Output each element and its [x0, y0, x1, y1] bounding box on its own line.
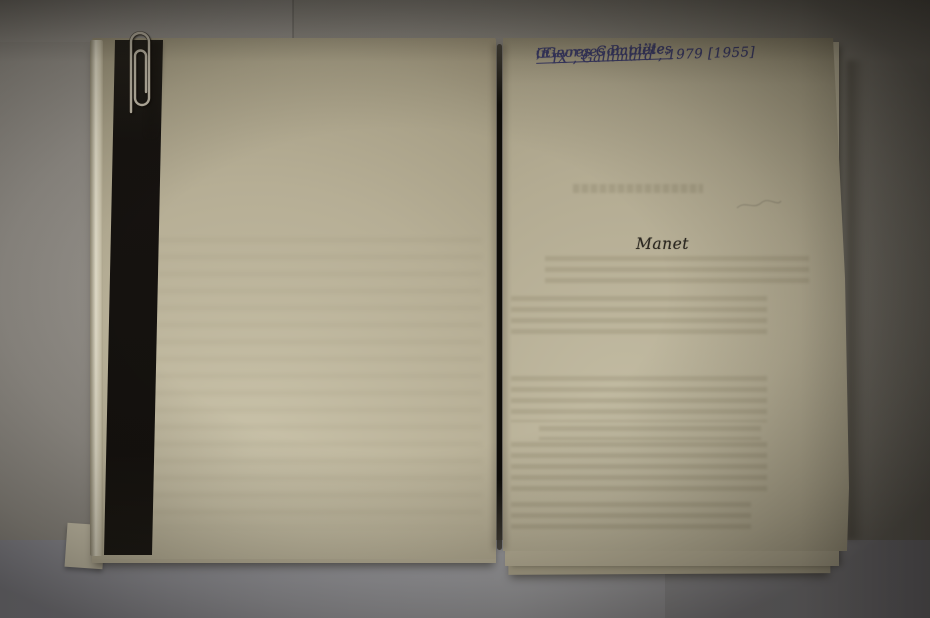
ghost-paragraph — [511, 442, 767, 496]
printed-title: Manet — [636, 235, 689, 253]
ghost-paragraph — [511, 502, 751, 532]
ghost-paragraph — [539, 426, 761, 440]
ghost-paragraph — [511, 296, 767, 340]
showthrough-texture — [152, 238, 482, 528]
ghost-paragraph — [511, 376, 767, 422]
paperclip-icon — [120, 24, 160, 116]
ghost-heading — [573, 184, 703, 193]
right-page-stack: in Œuvres Complètes , Georges Bataille, … — [501, 36, 853, 576]
page-edge-strip — [90, 40, 103, 556]
right-page: in Œuvres Complètes , Georges Bataille, … — [503, 38, 849, 551]
citation-line2: IX , Gallimard , 1979 [1955] — [552, 46, 756, 67]
spine-shadow — [497, 44, 502, 550]
left-page-stack — [90, 36, 498, 570]
pencil-scribble — [735, 196, 783, 212]
handwritten-citation: in Œuvres Complètes , Georges Bataille, … — [536, 40, 756, 67]
ghost-paragraph — [545, 256, 809, 288]
photo-scene: in Œuvres Complètes , Georges Bataille, … — [0, 0, 930, 618]
